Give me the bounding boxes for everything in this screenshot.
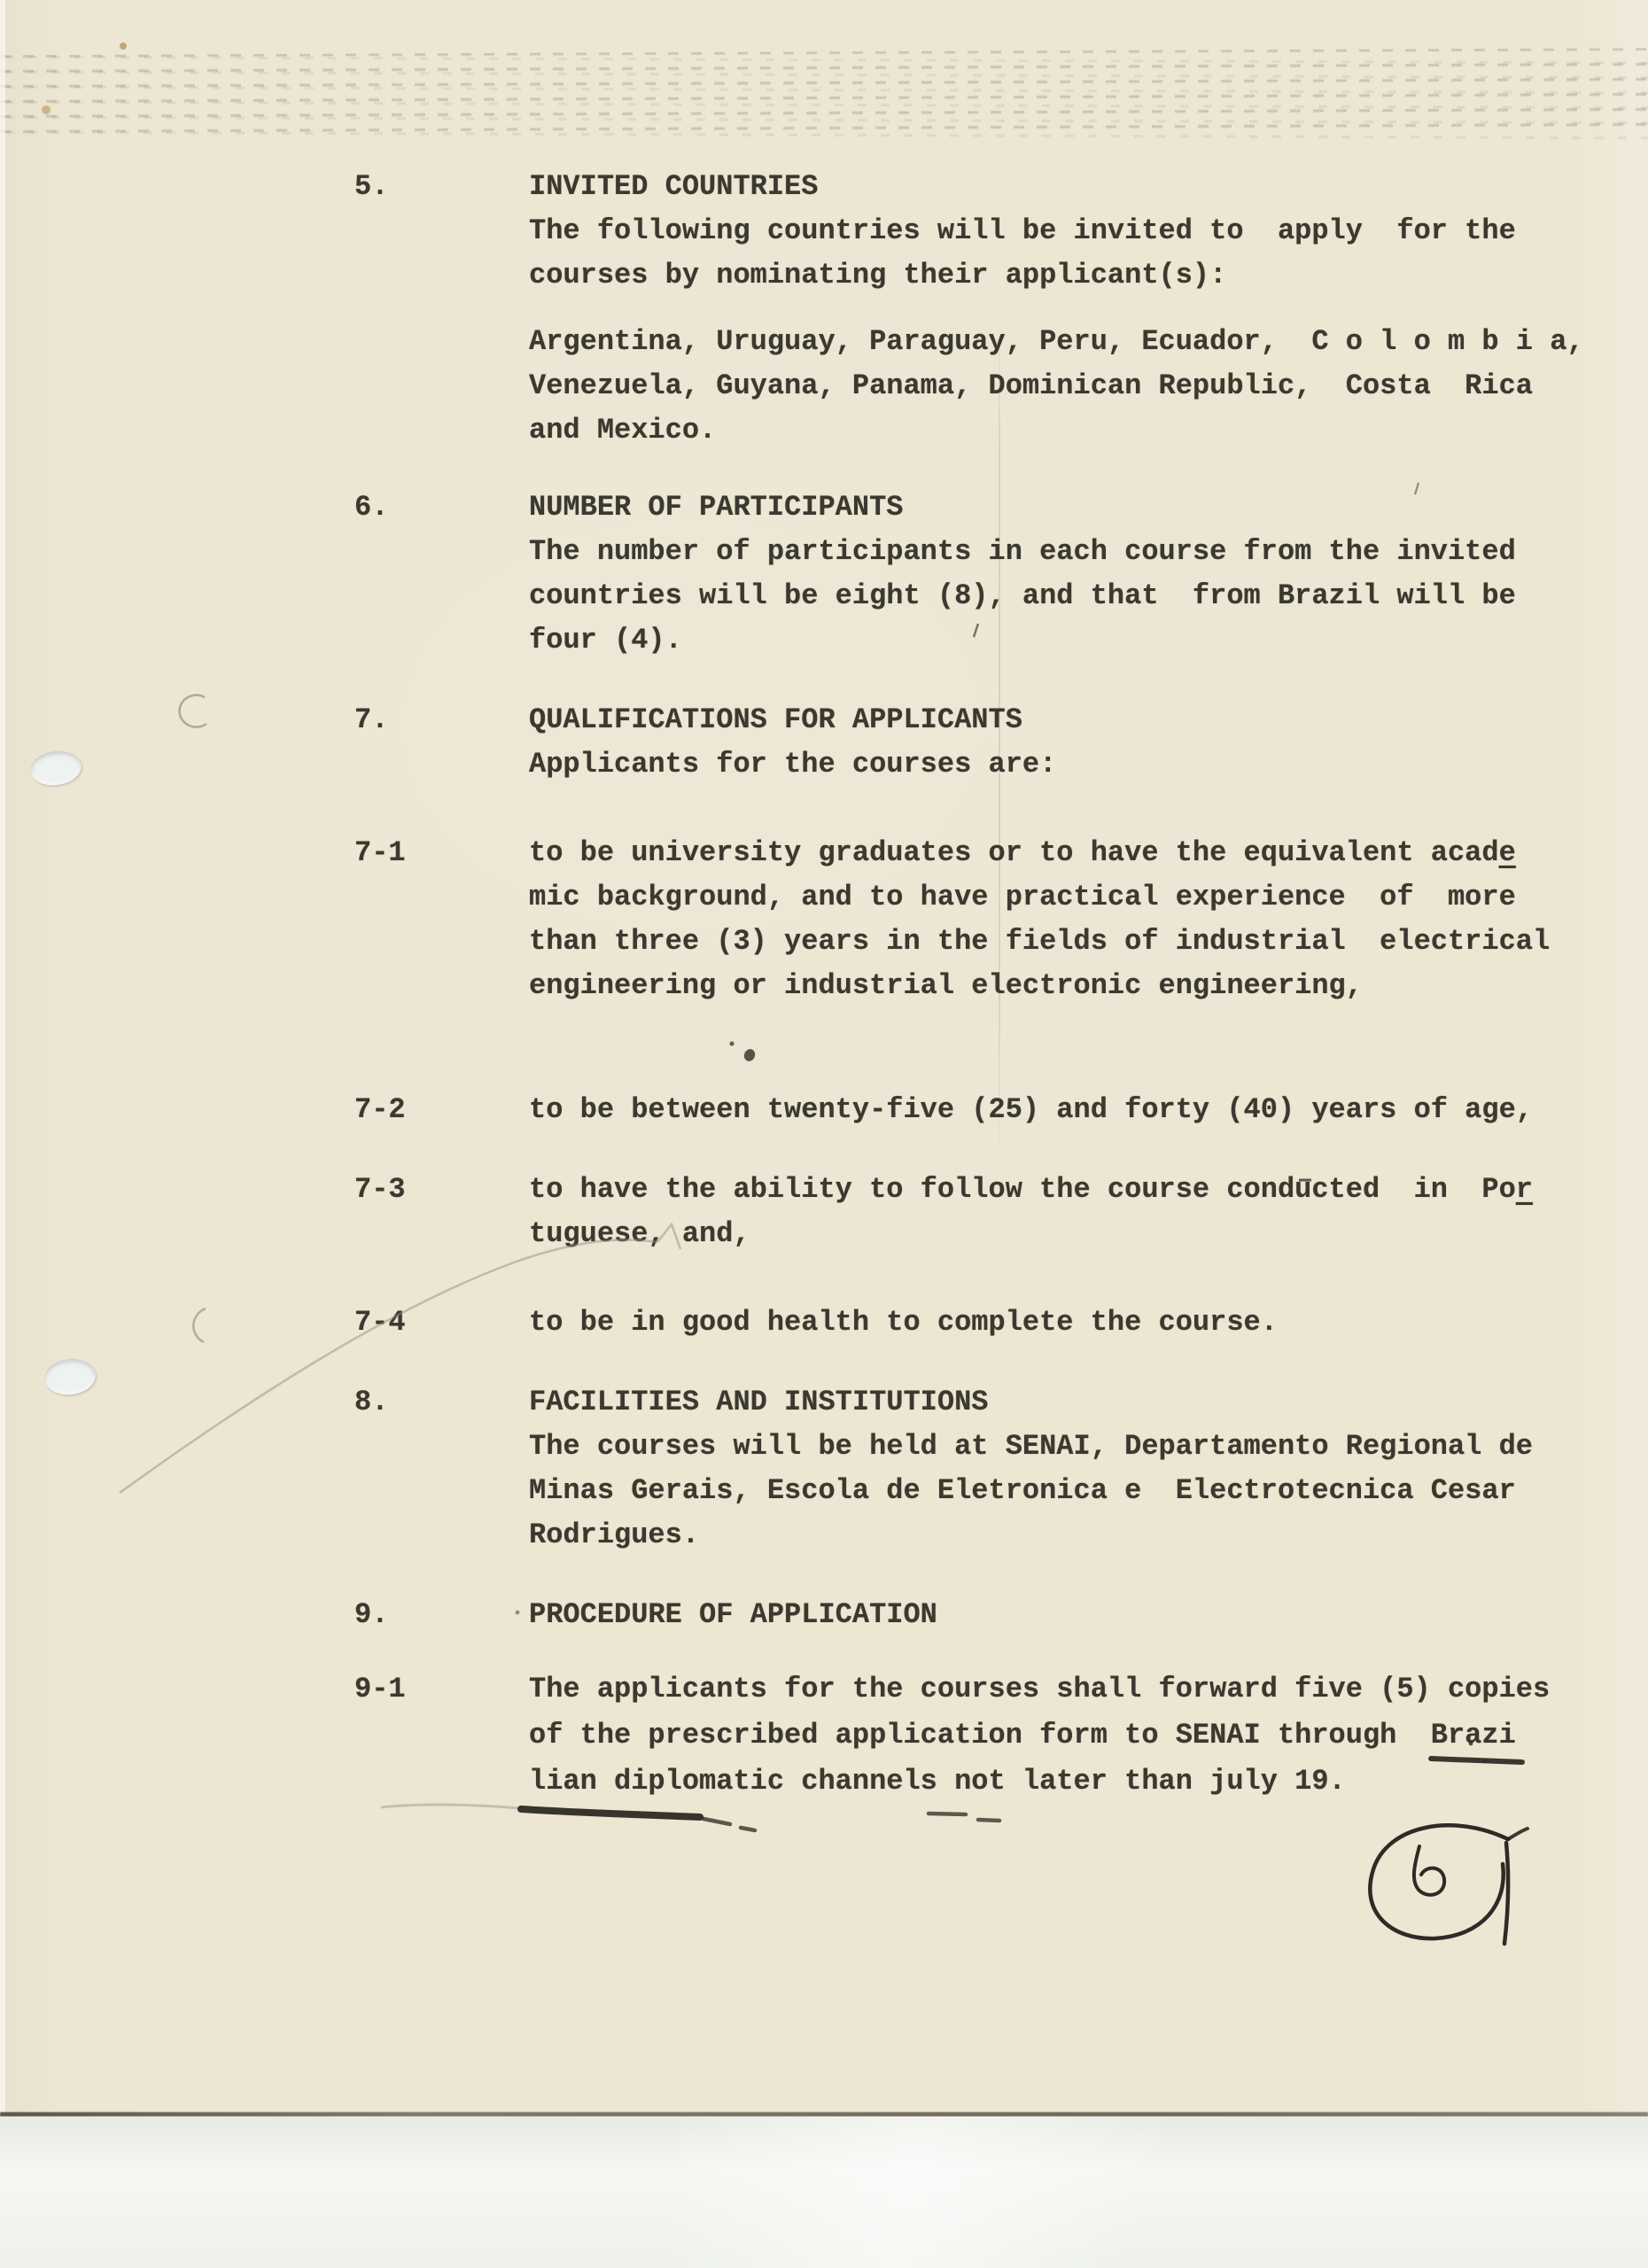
- section-9-heading-row: 9. PROCEDURE OF APPLICATION: [0, 1597, 1648, 1636]
- text-line-content: to be in good health to complete the cou…: [529, 1305, 1278, 1340]
- item-7-4-row: 7-4 to be in good health to complete the…: [0, 1305, 1648, 1344]
- section-6-heading-row: 6. NUMBER OF PARTICIPANTS: [0, 490, 1648, 529]
- ink-smear-underline: [521, 1809, 700, 1817]
- text-line: Rodrigues.: [0, 1518, 1648, 1557]
- text-line-content: lian diplomatic channels not later than …: [529, 1764, 1346, 1799]
- text-line: and Mexico.: [0, 413, 1648, 452]
- text-segment: to have the ability to follow the course…: [529, 1173, 1516, 1206]
- text-line-content: The applicants for the courses shall for…: [529, 1672, 1550, 1707]
- ink-smear-tail: [381, 1805, 519, 1808]
- text-line: Venezuela, Guyana, Panama, Dominican Rep…: [0, 369, 1648, 408]
- text-line-content: Argentina, Uruguay, Paraguay, Peru, Ecua…: [529, 324, 1584, 360]
- item-7-3-row: 7-3 to have the ability to follow the co…: [0, 1172, 1648, 1211]
- pen-underlined-word: Brazi: [1431, 1719, 1516, 1751]
- text-line: The courses will be held at SENAI, Depar…: [0, 1429, 1648, 1468]
- text-line-content: Applicants for the courses are:: [529, 747, 1056, 782]
- ink-smear-fragments: [704, 1819, 755, 1830]
- ink-smudge: [742, 1047, 757, 1062]
- text-segment: of the prescribed application form to SE…: [529, 1719, 1431, 1751]
- perforation-stitch-band-shadow: [0, 56, 1648, 147]
- item-9-1-number: 9-1: [354, 1672, 406, 1707]
- text-line: Argentina, Uruguay, Paraguay, Peru, Ecua…: [0, 324, 1648, 363]
- text-line-content: and Mexico.: [529, 413, 716, 448]
- text-line: The following countries will be invited …: [0, 214, 1648, 252]
- section-6-number: 6.: [354, 490, 388, 525]
- section-5-title: INVITED COUNTRIES: [529, 169, 818, 205]
- underlined-character: r: [1516, 1173, 1533, 1206]
- handwritten-circle-annotation: [1370, 1825, 1508, 1938]
- ink-smudge-dot: [729, 1041, 734, 1045]
- text-line-content: of the prescribed application form to SE…: [529, 1718, 1516, 1753]
- item-7-2-row: 7-2 to be between twenty-five (25) and f…: [0, 1092, 1648, 1131]
- scanner-surface: [0, 2117, 1648, 2268]
- text-line: courses by nominating their applicant(s)…: [0, 258, 1648, 297]
- section-7-number: 7.: [354, 703, 388, 738]
- section-7-title: QUALIFICATIONS FOR APPLICANTS: [529, 703, 1022, 738]
- text-line: of the prescribed application form to SE…: [0, 1718, 1648, 1757]
- text-line-content: to have the ability to follow the course…: [529, 1172, 1533, 1208]
- section-9-title: PROCEDURE OF APPLICATION: [529, 1597, 937, 1633]
- text-line-content: The number of participants in each cours…: [529, 534, 1516, 570]
- handwritten-vertical-stroke: [1504, 1843, 1508, 1944]
- section-6-title: NUMBER OF PARTICIPANTS: [529, 490, 903, 525]
- item-7-4-number: 7-4: [354, 1305, 406, 1340]
- underlined-character: e: [1499, 836, 1516, 869]
- section-8-title: FACILITIES AND INSTITUTIONS: [529, 1385, 988, 1420]
- item-7-1-number: 7-1: [354, 835, 406, 871]
- text-line: Minas Gerais, Escola de Eletronica e Ele…: [0, 1473, 1648, 1512]
- text-line-content: than three (3) years in the fields of in…: [529, 924, 1550, 959]
- text-line-content: countries will be eight (8), and that fr…: [529, 579, 1516, 614]
- section-8-number: 8.: [354, 1385, 388, 1420]
- text-line: countries will be eight (8), and that fr…: [0, 579, 1648, 617]
- text-line-content: to be between twenty-five (25) and forty…: [529, 1092, 1533, 1128]
- ink-smear-fragments: [929, 1814, 999, 1821]
- text-line: than three (3) years in the fields of in…: [0, 924, 1648, 963]
- text-line-content: tuguese, and,: [529, 1216, 750, 1252]
- paper-speck: [120, 43, 127, 50]
- text-line-content: mic background, and to have practical ex…: [529, 880, 1516, 915]
- text-line-content: The following countries will be invited …: [529, 214, 1516, 249]
- text-line: lian diplomatic channels not later than …: [0, 1764, 1648, 1803]
- section-7-heading-row: 7. QUALIFICATIONS FOR APPLICANTS: [0, 703, 1648, 742]
- text-line: four (4).: [0, 623, 1648, 662]
- handwritten-initials: [1414, 1846, 1444, 1895]
- scanned-typewritten-page: 5. INVITED COUNTRIES The following count…: [0, 0, 1648, 2268]
- section-9-number: 9.: [354, 1597, 388, 1633]
- text-line: Applicants for the courses are:: [0, 747, 1648, 786]
- text-line-content: to be university graduates or to have th…: [529, 835, 1516, 871]
- item-7-3-number: 7-3: [354, 1172, 406, 1208]
- text-line-content: Rodrigues.: [529, 1518, 699, 1553]
- text-line-content: The courses will be held at SENAI, Depar…: [529, 1429, 1533, 1464]
- text-line-content: four (4).: [529, 623, 682, 658]
- text-line: engineering or industrial electronic eng…: [0, 968, 1648, 1007]
- item-7-1-row: 7-1 to be university graduates or to hav…: [0, 835, 1648, 874]
- text-line-content: engineering or industrial electronic eng…: [529, 968, 1363, 1004]
- text-line: tuguese, and,: [0, 1216, 1648, 1255]
- text-line: The number of participants in each cours…: [0, 534, 1648, 573]
- text-line-content: Minas Gerais, Escola de Eletronica e Ele…: [529, 1473, 1516, 1509]
- text-segment: to be university graduates or to have th…: [529, 836, 1499, 869]
- section-5-heading-row: 5. INVITED COUNTRIES: [0, 169, 1648, 208]
- section-5-number: 5.: [354, 169, 388, 205]
- handwritten-circle-tail: [1508, 1829, 1528, 1839]
- item-9-1-row: 9-1 The applicants for the courses shall…: [0, 1672, 1648, 1711]
- item-7-2-number: 7-2: [354, 1092, 406, 1128]
- text-line: mic background, and to have practical ex…: [0, 880, 1648, 919]
- text-line-content: courses by nominating their applicant(s)…: [529, 258, 1226, 293]
- text-line-content: Venezuela, Guyana, Panama, Dominican Rep…: [529, 369, 1533, 404]
- section-8-heading-row: 8. FACILITIES AND INSTITUTIONS: [0, 1385, 1648, 1424]
